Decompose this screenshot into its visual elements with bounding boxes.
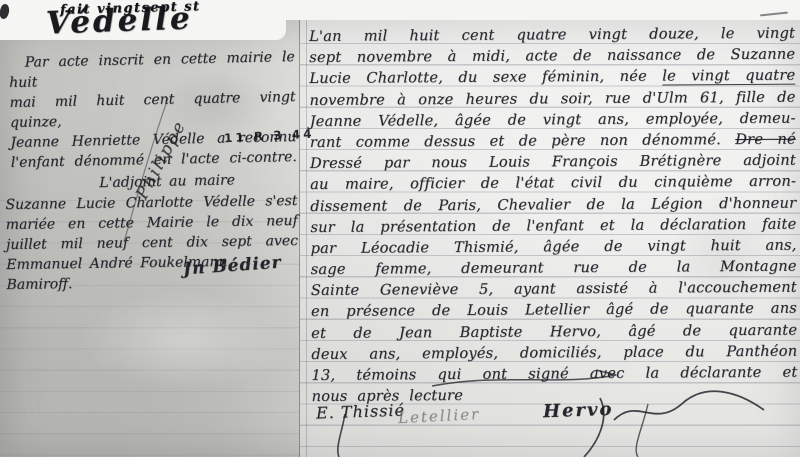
note-line: Bamiroff.	[6, 271, 298, 295]
note-line: Par acte inscrit en cette mairie le huit	[9, 47, 296, 93]
margin-note-marriage: Suzanne Lucie Charlotte Védelle s'est ma…	[5, 191, 298, 295]
act-line-text: rant comme dessus et de père non dénommé…	[310, 131, 736, 151]
act-line-text: par Léocadie Thismié, âgée de vingt huit…	[310, 236, 796, 256]
act-line-text: Jeanne Védelle, âgée de vingt ans, emplo…	[310, 109, 796, 129]
act-line-text: Sainte Geneviève 5, ayant assisté à l'ac…	[311, 279, 797, 299]
registry-name-heading: Védelle	[45, 0, 193, 41]
hervo-signature: Hervo	[543, 399, 614, 422]
struck-out-word: Dre né	[735, 131, 796, 148]
act-line: dissement de Paris, Chevalier de la Légi…	[310, 192, 796, 217]
margin-rule-line-2	[306, 20, 307, 457]
act-line-text: et de Jean Baptiste Hervo, âgé de quaran…	[311, 321, 797, 341]
act-line: au maire, officier de l'état civil du ci…	[310, 171, 796, 196]
scanned-register-page: fait vingtsept st Védelle Par acte inscr…	[0, 0, 800, 457]
margin-rule-line	[299, 20, 300, 457]
act-line: novembre à onze heures du soir, rue d'Ul…	[309, 86, 795, 111]
act-line-text: sept novembre à midi, acte de naissance …	[309, 46, 795, 66]
underlined-birth-date: le vingt quatre	[662, 67, 795, 86]
act-line-text: sage femme, demeurant rue de la Montagne	[311, 258, 797, 278]
act-line: en présence de Louis Letellier âgé de qu…	[311, 298, 797, 323]
act-line-text: sur la présentation de l'enfant et la dé…	[310, 215, 796, 235]
act-line: Lucie Charlotte, du sexe féminin, née le…	[309, 65, 795, 90]
act-line-text: au maire, officier de l'état civil du ci…	[310, 173, 796, 193]
stray-pen-mark	[760, 12, 788, 17]
act-line-text: 13, témoins qui ont signé avec la déclar…	[311, 364, 797, 384]
note-line: mai mil huit cent quatre vingt quinze,	[9, 87, 296, 133]
act-line-text: novembre à onze heures du soir, rue d'Ul…	[309, 88, 795, 108]
act-line-text: en présence de Louis Letellier âgé de qu…	[311, 300, 797, 320]
act-line-text: dissement de Paris, Chevalier de la Légi…	[310, 194, 796, 214]
act-line: 13, témoins qui ont signé avec la déclar…	[311, 362, 797, 387]
adjoint-au-maire-label: L'adjoint au maire	[99, 169, 297, 193]
birth-act-text: L'an mil huit cent quatre vingt douze, l…	[309, 23, 798, 408]
act-line-text: L'an mil huit cent quatre vingt douze, l…	[309, 25, 795, 45]
note-line: juillet mil neuf cent dix sept avec	[6, 231, 298, 255]
act-line-text: Lucie Charlotte, du sexe féminin, née	[309, 68, 662, 87]
act-line-text: Dressé par nous Louis François Brétignèr…	[310, 152, 796, 172]
declarant-signature: E. Thissié	[316, 400, 406, 422]
act-line-text: deux ans, employés, domiciliés, place du…	[311, 342, 797, 362]
